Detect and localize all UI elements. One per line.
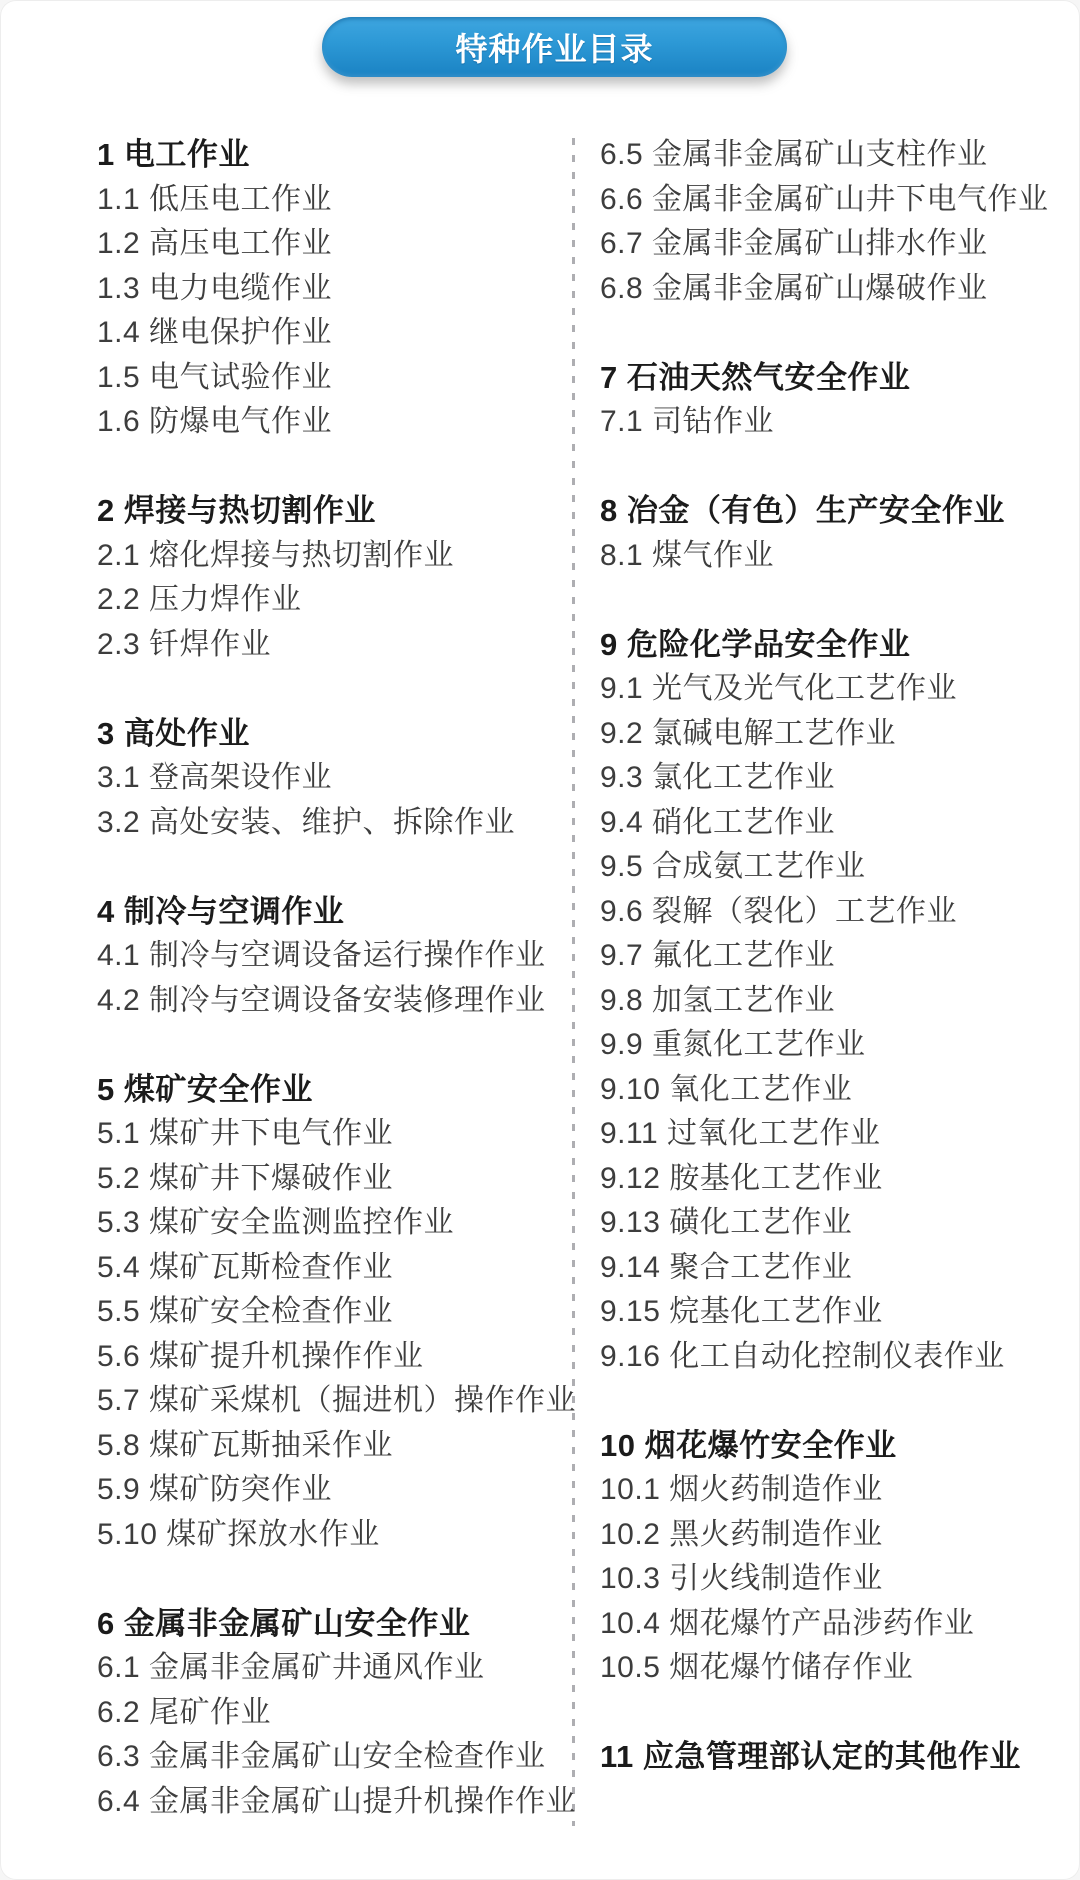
toc-item: 10.1 烟火药制造作业 — [600, 1468, 1049, 1513]
section-heading: 7 石油天然气安全作业 — [600, 356, 1049, 401]
toc-item: 9.13 磺化工艺作业 — [600, 1201, 1049, 1246]
toc-item: 9.15 烷基化工艺作业 — [600, 1290, 1049, 1335]
toc-item: 9.2 氯碱电解工艺作业 — [600, 712, 1049, 757]
toc-item: 9.16 化工自动化控制仪表作业 — [600, 1335, 1049, 1380]
toc-item: 5.2 煤矿井下爆破作业 — [97, 1157, 576, 1202]
toc-item: 5.10 煤矿探放水作业 — [97, 1513, 576, 1558]
section-number: 10 — [600, 1428, 635, 1463]
toc-item: 10.3 引火线制造作业 — [600, 1557, 1049, 1602]
toc-item: 9.7 氟化工艺作业 — [600, 934, 1049, 979]
toc-item: 3.2 高处安装、维护、拆除作业 — [97, 801, 576, 846]
section-heading: 3 高处作业 — [97, 712, 576, 757]
section-heading: 10 烟花爆竹安全作业 — [600, 1424, 1049, 1469]
toc-item: 1.1 低压电工作业 — [97, 178, 576, 223]
toc-item: 7.1 司钻作业 — [600, 400, 1049, 445]
section-heading: 11 应急管理部认定的其他作业 — [600, 1735, 1049, 1780]
section-heading: 4 制冷与空调作业 — [97, 890, 576, 935]
toc-section-9: 9 危险化学品安全作业9.1 光气及光气化工艺作业9.2 氯碱电解工艺作业9.3… — [600, 623, 1049, 1380]
toc-item: 9.12 胺基化工艺作业 — [600, 1157, 1049, 1202]
section-heading: 8 冶金（有色）生产安全作业 — [600, 489, 1049, 534]
section-number: 4 — [97, 894, 115, 929]
toc-item: 5.4 煤矿瓦斯检查作业 — [97, 1246, 576, 1291]
section-title: 金属非金属矿山安全作业 — [124, 1606, 471, 1641]
toc-section-1: 1 电工作业1.1 低压电工作业1.2 高压电工作业1.3 电力电缆作业1.4 … — [97, 133, 576, 445]
section-heading: 5 煤矿安全作业 — [97, 1068, 576, 1113]
toc-item: 9.1 光气及光气化工艺作业 — [600, 667, 1049, 712]
section-number: 7 — [600, 360, 618, 395]
toc-column-right: 6.5 金属非金属矿山支柱作业6.6 金属非金属矿山井下电气作业6.7 金属非金… — [600, 133, 1049, 1824]
toc-item: 5.8 煤矿瓦斯抽采作业 — [97, 1424, 576, 1469]
section-number: 8 — [600, 493, 618, 528]
section-title: 焊接与热切割作业 — [124, 493, 376, 528]
toc-item: 5.1 煤矿井下电气作业 — [97, 1112, 576, 1157]
toc-item: 9.11 过氧化工艺作业 — [600, 1112, 1049, 1157]
section-heading: 1 电工作业 — [97, 133, 576, 178]
toc-item: 6.4 金属非金属矿山提升机操作作业 — [97, 1780, 576, 1825]
toc-section-7: 7 石油天然气安全作业7.1 司钻作业 — [600, 356, 1049, 445]
title-banner: 特种作业目录 — [322, 17, 787, 77]
toc-item: 6.6 金属非金属矿山井下电气作业 — [600, 178, 1049, 223]
toc-item: 9.9 重氮化工艺作业 — [600, 1023, 1049, 1068]
toc-section-4: 4 制冷与空调作业4.1 制冷与空调设备运行操作作业4.2 制冷与空调设备安装修… — [97, 890, 576, 1024]
toc-item: 2.2 压力焊作业 — [97, 578, 576, 623]
toc-item: 4.2 制冷与空调设备安装修理作业 — [97, 979, 576, 1024]
page-title: 特种作业目录 — [455, 24, 653, 70]
toc-item: 10.5 烟花爆竹储存作业 — [600, 1646, 1049, 1691]
toc-section-8: 8 冶金（有色）生产安全作业8.1 煤气作业 — [600, 489, 1049, 578]
toc-item: 6.7 金属非金属矿山排水作业 — [600, 222, 1049, 267]
section-heading: 9 危险化学品安全作业 — [600, 623, 1049, 668]
toc-item: 1.3 电力电缆作业 — [97, 267, 576, 312]
toc-item: 5.6 煤矿提升机操作作业 — [97, 1335, 576, 1380]
toc-item: 9.4 硝化工艺作业 — [600, 801, 1049, 846]
toc-item: 9.5 合成氨工艺作业 — [600, 845, 1049, 890]
section-number: 6 — [97, 1606, 115, 1641]
toc-item: 2.3 钎焊作业 — [97, 623, 576, 668]
toc-item: 6.1 金属非金属矿井通风作业 — [97, 1646, 576, 1691]
toc-item: 3.1 登高架设作业 — [97, 756, 576, 801]
toc-item: 5.5 煤矿安全检查作业 — [97, 1290, 576, 1335]
toc-item: 1.2 高压电工作业 — [97, 222, 576, 267]
toc-item: 5.9 煤矿防突作业 — [97, 1468, 576, 1513]
section-heading: 2 焊接与热切割作业 — [97, 489, 576, 534]
section-title: 烟花爆竹安全作业 — [645, 1428, 897, 1463]
toc-item: 6.3 金属非金属矿山安全检查作业 — [97, 1735, 576, 1780]
toc-item: 1.4 继电保护作业 — [97, 311, 576, 356]
section-title: 煤矿安全作业 — [124, 1072, 313, 1107]
section-number: 11 — [600, 1739, 634, 1774]
section-title: 应急管理部认定的其他作业 — [643, 1739, 1021, 1774]
toc-item: 5.3 煤矿安全监测监控作业 — [97, 1201, 576, 1246]
toc-item: 6.5 金属非金属矿山支柱作业 — [600, 133, 1049, 178]
section-title: 制冷与空调作业 — [124, 894, 345, 929]
toc-item: 6.8 金属非金属矿山爆破作业 — [600, 267, 1049, 312]
toc-column-left: 1 电工作业1.1 低压电工作业1.2 高压电工作业1.3 电力电缆作业1.4 … — [97, 133, 576, 1869]
page-card: 特种作业目录 1 电工作业1.1 低压电工作业1.2 高压电工作业1.3 电力电… — [0, 0, 1080, 1880]
toc-item: 9.14 聚合工艺作业 — [600, 1246, 1049, 1291]
section-number: 9 — [600, 627, 618, 662]
toc-item: 5.7 煤矿采煤机（掘进机）操作作业 — [97, 1379, 576, 1424]
toc-item: 9.3 氯化工艺作业 — [600, 756, 1049, 801]
section-number: 3 — [97, 716, 115, 751]
section-number: 1 — [97, 137, 115, 172]
section-title: 高处作业 — [124, 716, 250, 751]
section-title: 石油天然气安全作业 — [627, 360, 911, 395]
toc-section-3: 3 高处作业3.1 登高架设作业3.2 高处安装、维护、拆除作业 — [97, 712, 576, 846]
toc-item: 8.1 煤气作业 — [600, 534, 1049, 579]
section-number: 5 — [97, 1072, 115, 1107]
toc-section-11: 11 应急管理部认定的其他作业 — [600, 1735, 1049, 1780]
toc-item: 1.6 防爆电气作业 — [97, 400, 576, 445]
section-heading: 6 金属非金属矿山安全作业 — [97, 1602, 576, 1647]
toc-item: 6.2 尾矿作业 — [97, 1691, 576, 1736]
toc-section-10: 10 烟花爆竹安全作业10.1 烟火药制造作业10.2 黑火药制造作业10.3 … — [600, 1424, 1049, 1691]
section-title: 危险化学品安全作业 — [627, 627, 911, 662]
toc-item: 9.8 加氢工艺作业 — [600, 979, 1049, 1024]
toc-item: 9.6 裂解（裂化）工艺作业 — [600, 890, 1049, 935]
toc-item: 2.1 熔化焊接与热切割作业 — [97, 534, 576, 579]
toc-item: 10.4 烟花爆竹产品涉药作业 — [600, 1602, 1049, 1647]
toc-item: 9.10 氧化工艺作业 — [600, 1068, 1049, 1113]
toc-section-6: 6 金属非金属矿山安全作业6.1 金属非金属矿井通风作业6.2 尾矿作业6.3 … — [97, 1602, 576, 1825]
toc-item: 4.1 制冷与空调设备运行操作作业 — [97, 934, 576, 979]
section-title: 电工作业 — [124, 137, 250, 172]
toc-item: 1.5 电气试验作业 — [97, 356, 576, 401]
toc-section-2: 2 焊接与热切割作业2.1 熔化焊接与热切割作业2.2 压力焊作业2.3 钎焊作… — [97, 489, 576, 667]
section-number: 2 — [97, 493, 115, 528]
toc-section-5: 5 煤矿安全作业5.1 煤矿井下电气作业5.2 煤矿井下爆破作业5.3 煤矿安全… — [97, 1068, 576, 1558]
toc-section-6: 6.5 金属非金属矿山支柱作业6.6 金属非金属矿山井下电气作业6.7 金属非金… — [600, 133, 1049, 311]
toc-item: 10.2 黑火药制造作业 — [600, 1513, 1049, 1558]
section-title: 冶金（有色）生产安全作业 — [627, 493, 1005, 528]
